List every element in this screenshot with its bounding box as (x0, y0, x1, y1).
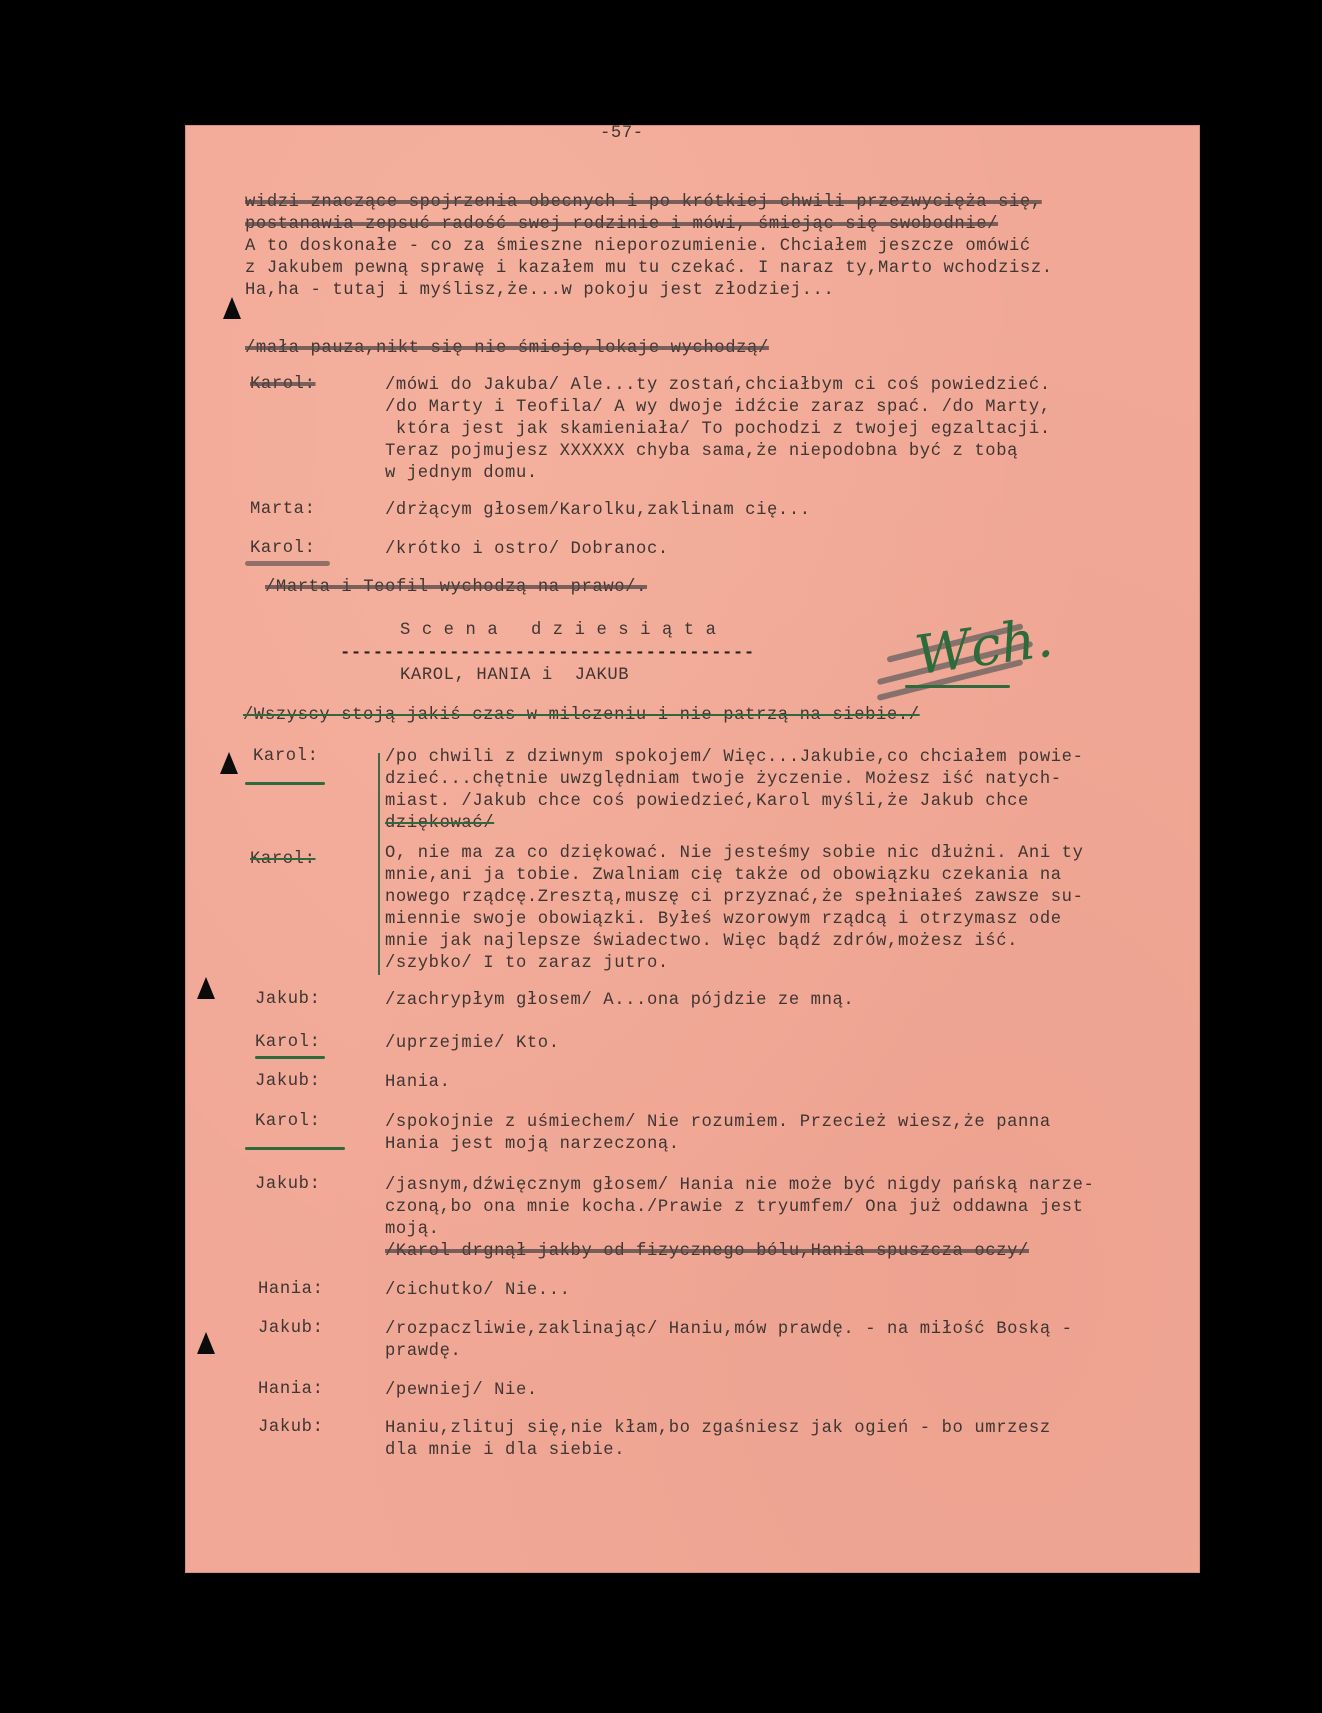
dialogue-line: /drżącym głosem/Karolku,zaklinam cię... (385, 500, 811, 522)
dialogue-line: moją. (385, 1219, 440, 1241)
dialogue-line: dziękować/ (385, 813, 494, 835)
dialogue-line: Teraz pojmujesz XXXXXX chyba sama,że nie… (385, 441, 1018, 463)
dialogue-line: Hania jest moją narzeczoną. (385, 1134, 680, 1156)
dialogue-line: miast. /Jakub chce coś powiedzieć,Karol … (385, 791, 1029, 813)
speaker-jakub: Jakub: (258, 1418, 324, 1437)
dialogue-line: prawdę. (385, 1341, 461, 1363)
dialogue-line: /pewniej/ Nie. (385, 1380, 538, 1402)
dialogue-line: /szybko/ I to zaraz jutro. (385, 953, 669, 975)
intro-line-4: z Jakubem pewną sprawę i kazałem mu tu c… (245, 258, 1053, 280)
punch-hole (197, 1332, 215, 1354)
dialogue-line: dla mnie i dla siebie. (385, 1440, 625, 1462)
scene-divider: -------------------------------------- (340, 643, 755, 665)
dialogue-line: Haniu,zlituj się,nie kłam,bo zgaśniesz j… (385, 1418, 1051, 1440)
dialogue-line: Hania. (385, 1072, 451, 1094)
dialogue-line: /Karol drgnął jakby od fizycznego bólu,H… (385, 1241, 1029, 1263)
dialogue-line: /krótko i ostro/ Dobranoc. (385, 539, 669, 561)
speaker-jakub: Jakub: (255, 990, 321, 1009)
punch-hole (220, 752, 238, 774)
stage-direction-exit: /Marta i Teofil wychodzą na prawo/. (265, 577, 647, 599)
dialogue-line: /zachrypłym głosem/ A...ona pójdzie ze m… (385, 990, 854, 1012)
dialogue-line: /uprzejmie/ Kto. (385, 1033, 560, 1055)
dialogue-line: czoną,bo ona mnie kocha./Prawie z tryumf… (385, 1197, 1084, 1219)
dialogue-line: /cichutko/ Nie... (385, 1280, 571, 1302)
speaker-karol: Karol: (250, 850, 316, 869)
speaker-karol: Karol: (250, 375, 316, 394)
speaker-hania: Hania: (258, 1280, 324, 1299)
underline-mark (245, 1147, 345, 1150)
intro-line-3: A to doskonałe - co za śmieszne nieporoz… (245, 236, 1031, 258)
speaker-karol: Karol: (250, 539, 316, 558)
speaker-karol: Karol: (255, 1112, 321, 1131)
punch-hole (223, 297, 241, 319)
dialogue-line: O, nie ma za co dziękować. Nie jesteśmy … (385, 843, 1084, 865)
intro-line-2: postanawia zepsuć radość swej rodzinie i… (245, 214, 998, 236)
dialogue-line: w jednym domu. (385, 463, 538, 485)
typewritten-page: -57- widzi znaczące spojrzenia obecnych … (185, 125, 1200, 1573)
underline-mark (905, 685, 1010, 688)
dialogue-line: dzieć...chętnie uwzględniam twoje życzen… (385, 769, 1062, 791)
dialogue-line: miennie swoje obowiązki. Byłeś wzorowym … (385, 909, 1062, 931)
dialogue-line: /spokojnie z uśmiechem/ Nie rozumiem. Pr… (385, 1112, 1051, 1134)
speaker-jakub: Jakub: (258, 1319, 324, 1338)
speaker-karol: Karol: (253, 747, 319, 766)
punch-hole (197, 977, 215, 999)
margin-bracket (378, 753, 380, 975)
dialogue-line: /po chwili z dziwnym spokojem/ Więc...Ja… (385, 747, 1084, 769)
speaker-jakub: Jakub: (255, 1072, 321, 1091)
scene-title: S c e n a d z i e s i ą t a (400, 620, 717, 642)
dialogue-line: mnie jak najlepsze świadectwo. Więc bądź… (385, 931, 1018, 953)
underline-mark (245, 561, 330, 566)
dialogue-line: /jasnym,dźwięcznym głosem/ Hania nie moż… (385, 1175, 1094, 1197)
dialogue-line: nowego rządcę.Zresztą,muszę ci przyznać,… (385, 887, 1084, 909)
handwritten-initials: Wch. (911, 606, 1056, 688)
speaker-hania: Hania: (258, 1380, 324, 1399)
stage-direction-silence: /Wszyscy stoją jakiś czas w milczeniu i … (243, 705, 920, 727)
intro-line-1: widzi znaczące spojrzenia obecnych i po … (245, 192, 1042, 214)
speaker-jakub: Jakub: (255, 1175, 321, 1194)
scene-characters: KAROL, HANIA i JAKUB (400, 665, 629, 687)
dialogue-line: /mówi do Jakuba/ Ale...ty zostań,chciałb… (385, 375, 1051, 397)
speaker-marta: Marta: (250, 500, 316, 519)
page-number: -57- (600, 123, 644, 145)
dialogue-line: mnie,ani ja tobie. Zwalniam cię także od… (385, 865, 1062, 887)
speaker-karol: Karol: (255, 1033, 321, 1052)
dialogue-line: /do Marty i Teofila/ A wy dwoje idźcie z… (385, 397, 1051, 419)
underline-mark (245, 782, 325, 785)
stage-direction-pause: /mała pauza,nikt się nie śmieje,lokaje w… (245, 338, 769, 360)
dialogue-line: która jest jak skamieniała/ To pochodzi … (385, 419, 1051, 441)
intro-line-5: Ha,ha - tutaj i myślisz,że...w pokoju je… (245, 280, 834, 302)
dialogue-line: /rozpaczliwie,zaklinając/ Haniu,mów praw… (385, 1319, 1073, 1341)
underline-mark (255, 1056, 325, 1059)
